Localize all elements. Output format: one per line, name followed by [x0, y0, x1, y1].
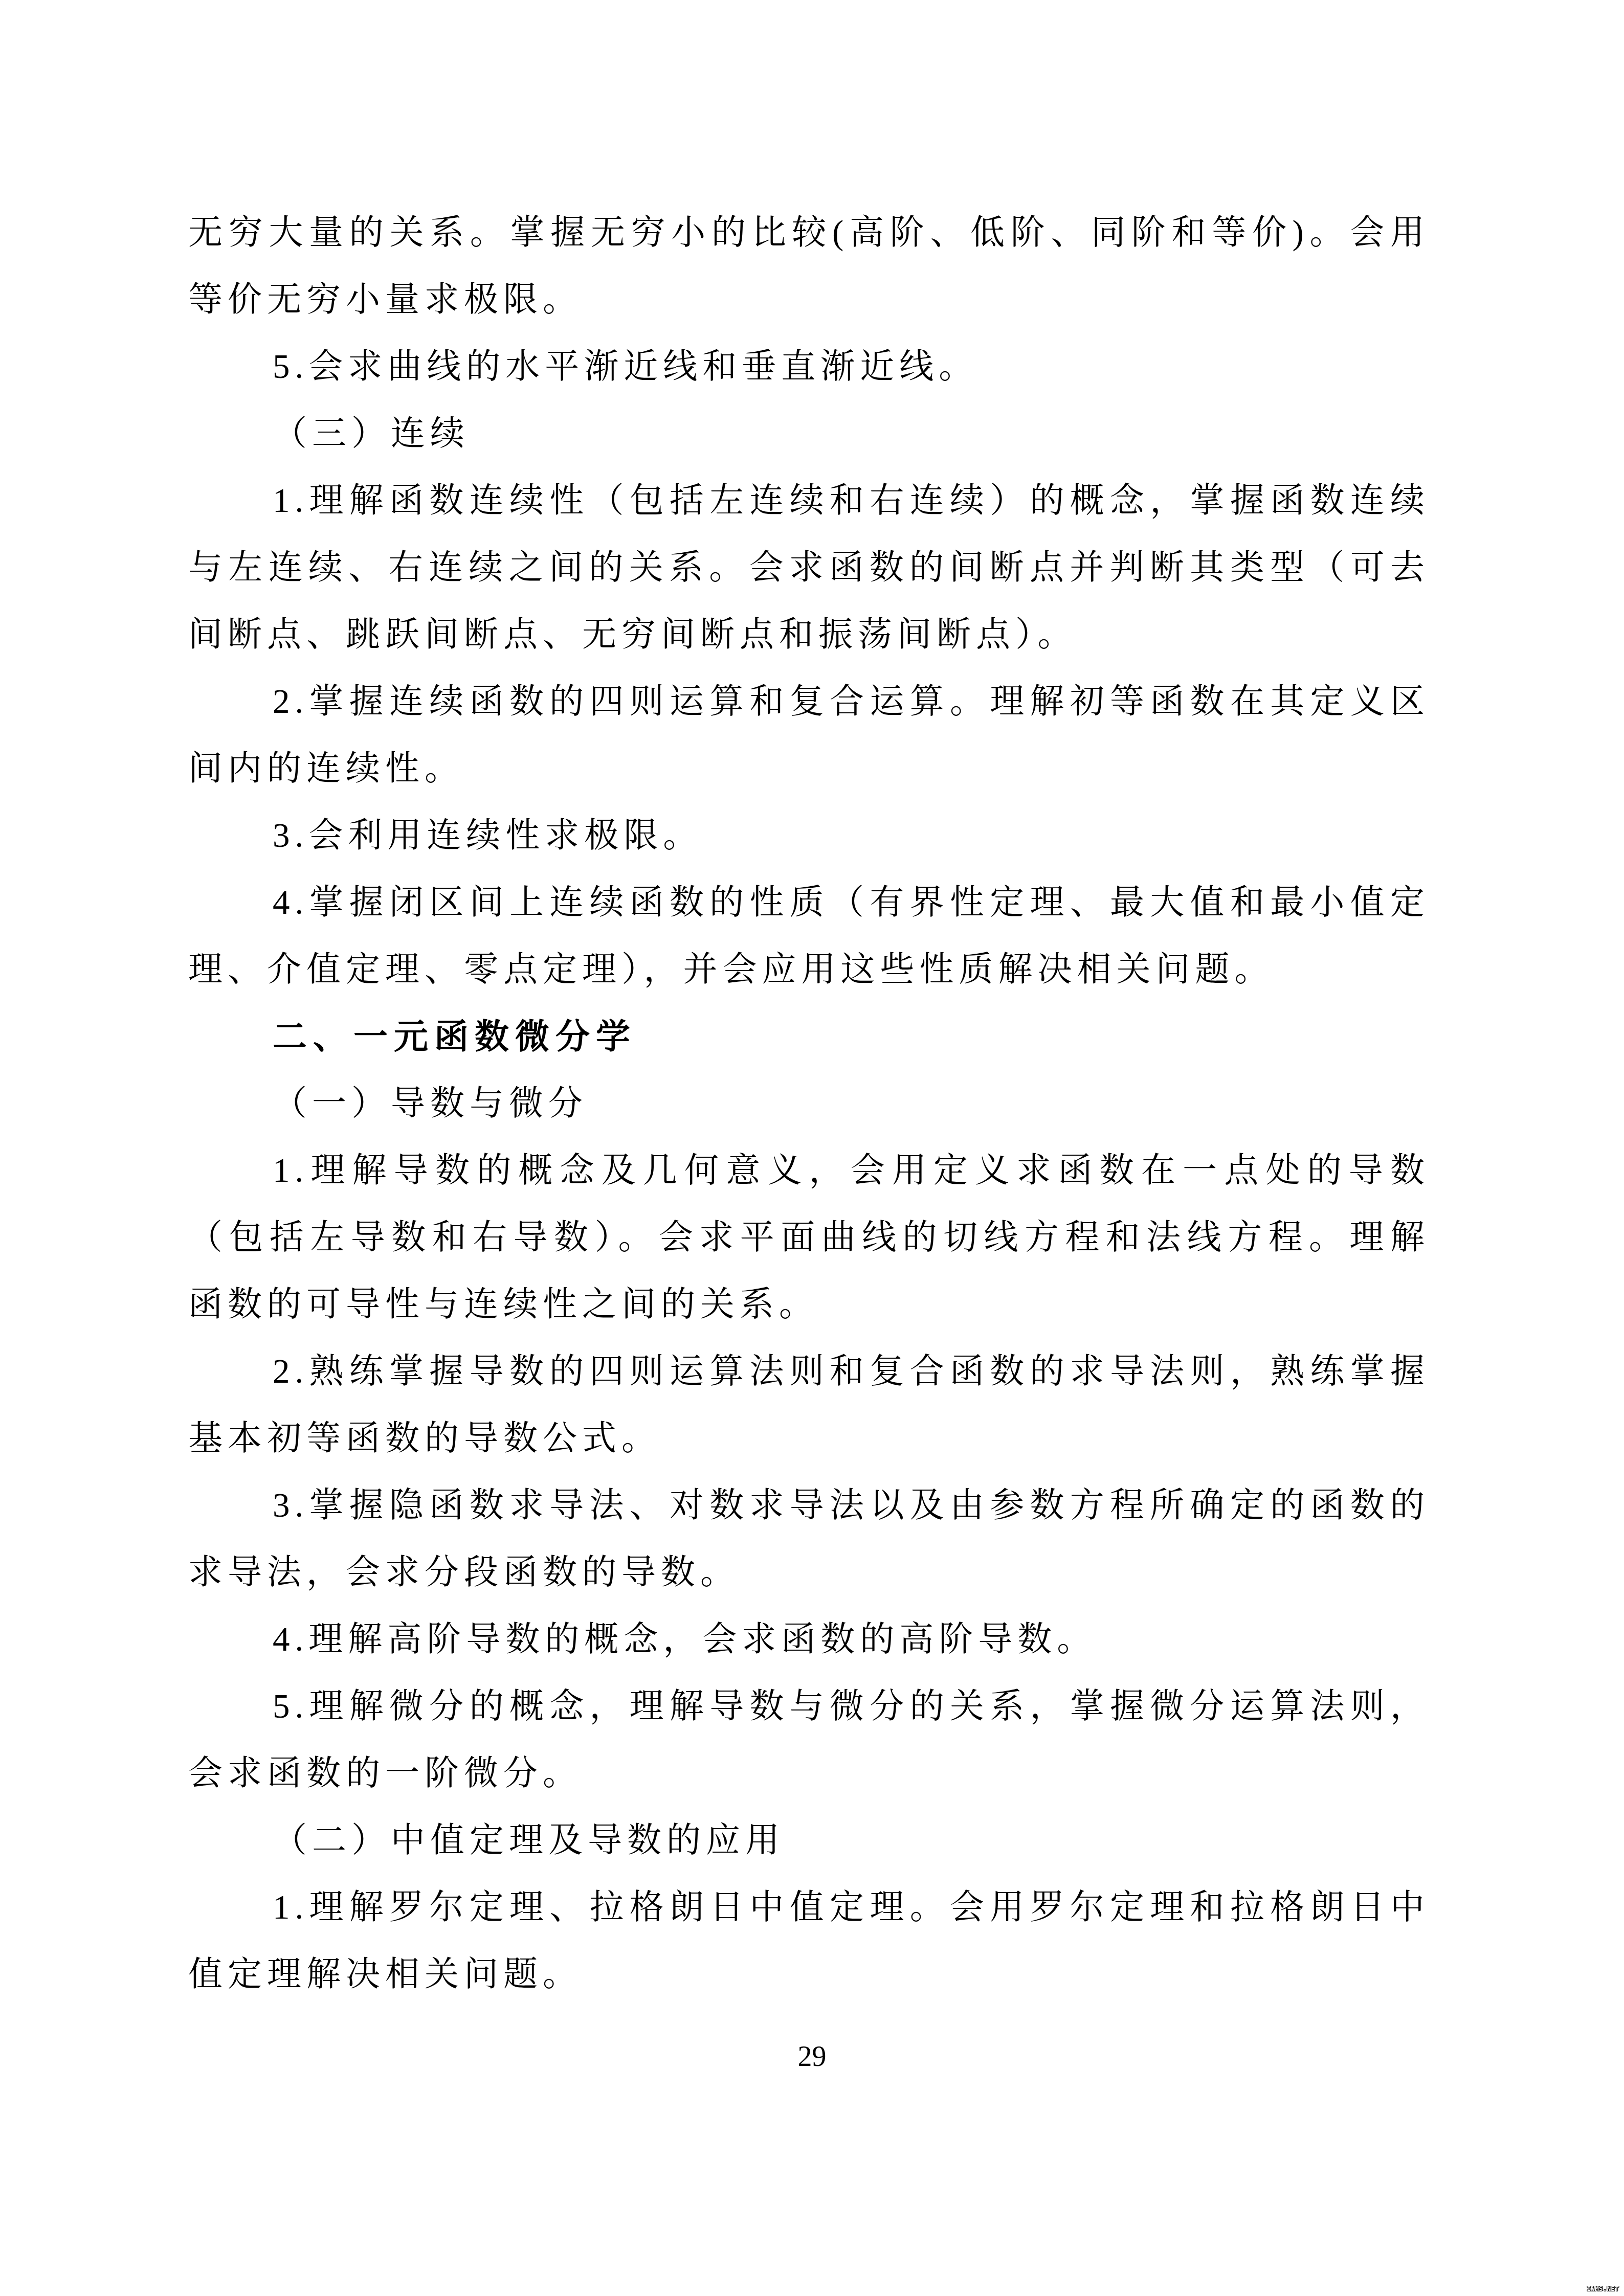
document-body: 无穷大量的关系。掌握无穷小的比较(高阶、低阶、同阶和等价)。会用等价无穷小量求极… — [188, 199, 1430, 2008]
paragraph: 3.会利用连续性求极限。 — [188, 802, 1430, 869]
paragraph: 无穷大量的关系。掌握无穷小的比较(高阶、低阶、同阶和等价)。会用等价无穷小量求极… — [188, 199, 1430, 333]
section-subheading: （二）中值定理及导数的应用 — [188, 1807, 1430, 1874]
page-number: 29 — [0, 2041, 1624, 2072]
paragraph: 3.掌握隐函数求导法、对数求导法以及由参数方程所确定的函数的求导法，会求分段函数… — [188, 1472, 1430, 1606]
watermark: IWMS.NET — [1587, 2285, 1619, 2293]
paragraph: 5.会求曲线的水平渐近线和垂直渐近线。 — [188, 333, 1430, 400]
paragraph: 5.理解微分的概念，理解导数与微分的关系，掌握微分运算法则，会求函数的一阶微分。 — [188, 1673, 1430, 1807]
paragraph: 2.熟练掌握导数的四则运算法则和复合函数的求导法则，熟练掌握基本初等函数的导数公… — [188, 1338, 1430, 1472]
paragraph: 2.掌握连续函数的四则运算和复合运算。理解初等函数在其定义区间内的连续性。 — [188, 668, 1430, 802]
section-heading: 二、一元函数微分学 — [188, 1003, 1430, 1070]
paragraph: 4.理解高阶导数的概念，会求函数的高阶导数。 — [188, 1606, 1430, 1673]
document-page: { "page": { "number": "29", "watermark":… — [0, 0, 1624, 2296]
section-subheading: （三）连续 — [188, 400, 1430, 467]
paragraph: 1.理解函数连续性（包括左连续和右连续）的概念，掌握函数连续与左连续、右连续之间… — [188, 467, 1430, 668]
paragraph: 1.理解导数的概念及几何意义，会用定义求函数在一点处的导数（包括左导数和右导数）… — [188, 1137, 1430, 1338]
section-subheading: （一）导数与微分 — [188, 1070, 1430, 1137]
paragraph: 1.理解罗尔定理、拉格朗日中值定理。会用罗尔定理和拉格朗日中值定理解决相关问题。 — [188, 1874, 1430, 2008]
paragraph: 4.掌握闭区间上连续函数的性质（有界性定理、最大值和最小值定理、介值定理、零点定… — [188, 869, 1430, 1003]
